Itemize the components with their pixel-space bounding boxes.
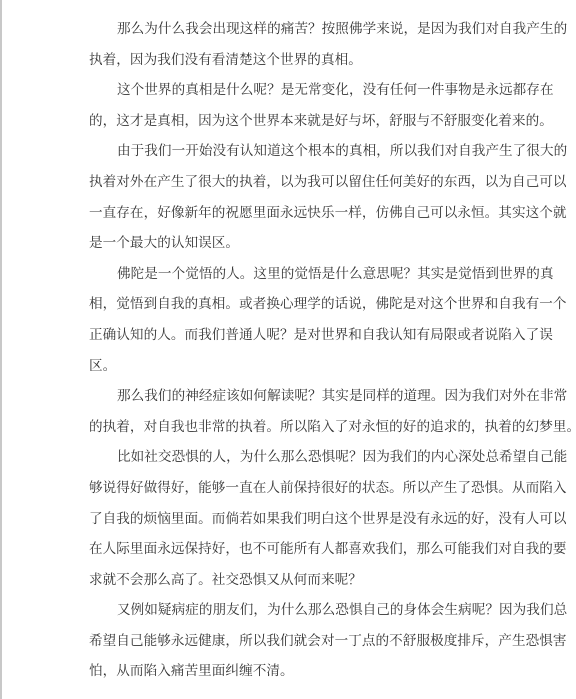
paragraph-line: 是一个最大的认知误区。: [89, 228, 503, 259]
paragraph-1: 那么为什么我会出现这样的痛苦？按照佛学来说，是因为我们对自我产生的 执着，因为我…: [89, 14, 503, 75]
paragraph-line: 佛陀是一个觉悟的人。这里的觉悟是什么意思呢？其实是觉悟到世界的真: [89, 259, 503, 290]
paragraph-4: 佛陀是一个觉悟的人。这里的觉悟是什么意思呢？其实是觉悟到世界的真 相，觉悟到自我…: [89, 259, 503, 381]
paragraph-5: 那么我们的神经症该如何解读呢？其实是同样的道理。因为我们对外在非常 的执着，对自…: [89, 381, 503, 442]
page-left-border: [0, 0, 2, 699]
paragraph-line: 比如社交恐惧的人，为什么那么恐惧呢？因为我们的内心深处总希望自己能: [89, 442, 503, 473]
paragraph-line: 怕，从而陷入痛苦里面纠缠不清。: [89, 656, 503, 687]
paragraph-line: 正确认知的人。而我们普通人呢？是对世界和自我认知有局限或者说陷入了误: [89, 320, 503, 351]
paragraph-line: 求就不会那么高了。社交恐惧又从何而来呢？: [89, 565, 503, 596]
paragraph-line: 一直存在，好像新年的祝愿里面永远快乐一样，仿佛自己可以永恒。其实这个就: [89, 198, 503, 229]
paragraph-line: 又例如疑病症的朋友们，为什么那么恐惧自己的身体会生病呢？因为我们总: [89, 595, 503, 626]
paragraph-line: 在人际里面永远保持好，也不可能所有人都喜欢我们，那么可能我们对自我的要: [89, 534, 503, 565]
paragraph-line: 由于我们一开始没有认知道这个根本的真相，所以我们对自我产生了很大的: [89, 136, 503, 167]
paragraph-line: 了自我的烦恼里面。而倘若如果我们明白这个世界是没有永远的好，没有人可以: [89, 504, 503, 535]
paragraph-line: 区。: [89, 351, 503, 382]
paragraph-line: 相，觉悟到自我的真相。或者换心理学的话说，佛陀是对这个世界和自我有一个: [89, 289, 503, 320]
paragraph-line: 那么为什么我会出现这样的痛苦？按照佛学来说，是因为我们对自我产生的: [89, 14, 503, 45]
paragraph-line: 这个世界的真相是什么呢？是无常变化，没有任何一件事物是永远都存在: [89, 75, 503, 106]
paragraph-line: 的，这才是真相，因为这个世界本来就是好与坏，舒服与不舒服变化着来的。: [89, 106, 503, 137]
paragraph-line: 的执着，对自我也非常的执着。所以陷入了对永恒的好的追求的，执着的幻梦里。: [89, 412, 503, 443]
document-body: 那么为什么我会出现这样的痛苦？按照佛学来说，是因为我们对自我产生的 执着，因为我…: [89, 14, 503, 687]
paragraph-3: 由于我们一开始没有认知道这个根本的真相，所以我们对自我产生了很大的 执着对外在产…: [89, 136, 503, 258]
paragraph-line: 那么我们的神经症该如何解读呢？其实是同样的道理。因为我们对外在非常: [89, 381, 503, 412]
paragraph-line: 够说得好做得好，能够一直在人前保持很好的状态。所以产生了恐惧。从而陷入: [89, 473, 503, 504]
paragraph-6: 比如社交恐惧的人，为什么那么恐惧呢？因为我们的内心深处总希望自己能 够说得好做得…: [89, 442, 503, 595]
paragraph-line: 执着对外在产生了很大的执着，以为我可以留住任何美好的东西，以为自己可以: [89, 167, 503, 198]
paragraph-2: 这个世界的真相是什么呢？是无常变化，没有任何一件事物是永远都存在 的，这才是真相…: [89, 75, 503, 136]
paragraph-line: 执着，因为我们没有看清楚这个世界的真相。: [89, 45, 503, 76]
paragraph-7: 又例如疑病症的朋友们，为什么那么恐惧自己的身体会生病呢？因为我们总 希望自己能够…: [89, 595, 503, 687]
paragraph-line: 希望自己能够永远健康，所以我们就会对一丁点的不舒服极度排斥，产生恐惧害: [89, 626, 503, 657]
